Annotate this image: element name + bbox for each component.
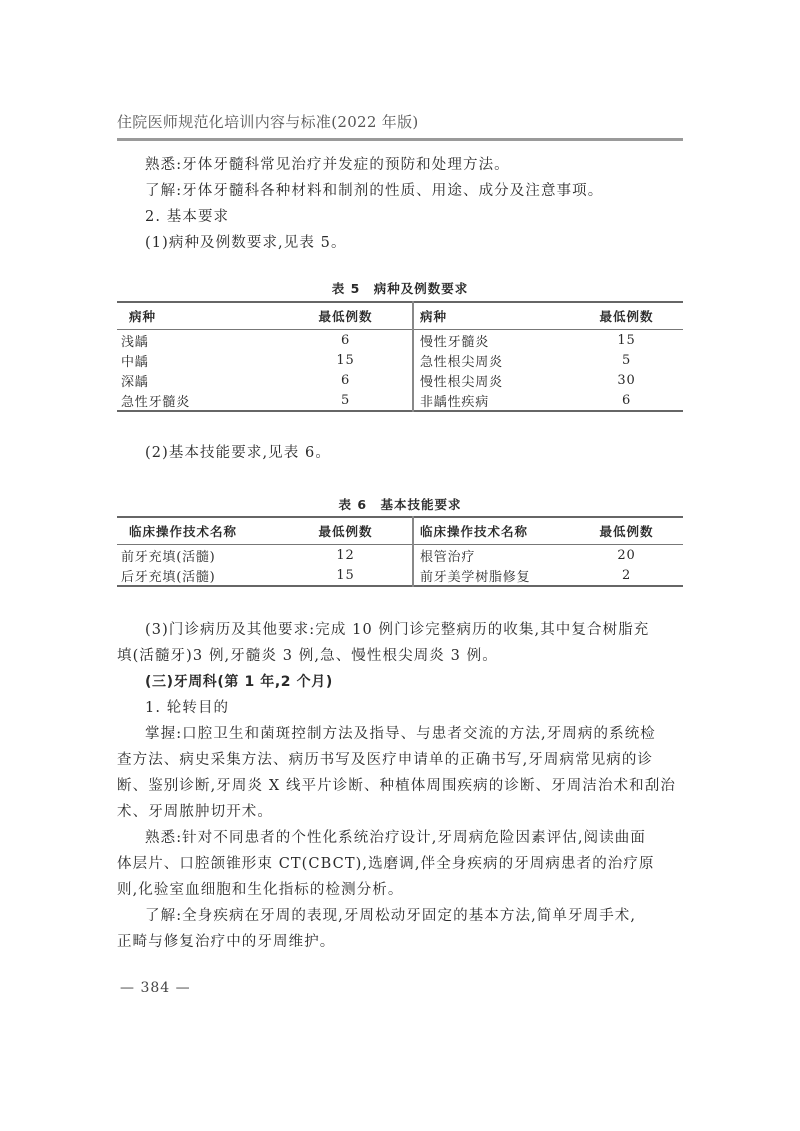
- page-number: — 384 —: [120, 980, 191, 996]
- table-cell: 20: [570, 545, 683, 566]
- table5-caption: 表 5 病种及例数要求: [117, 279, 683, 297]
- paragraph-understand-line2: 正畸与修复治疗中的牙周维护。: [117, 932, 335, 952]
- paragraph-familiar-line3: 则,化验室血细胞和生化指标的检测分析。: [117, 880, 404, 900]
- table-cell: 5: [279, 390, 413, 411]
- table-cell: 急性根尖周炎: [413, 350, 570, 370]
- table6-header: 最低例数: [279, 517, 413, 545]
- table5-header: 最低例数: [279, 302, 413, 330]
- table-cell: 6: [570, 390, 683, 411]
- table6-header: 最低例数: [570, 517, 683, 545]
- table6-caption: 表 6 基本技能要求: [117, 495, 683, 513]
- heading-basic-requirements: 2. 基本要求: [145, 207, 229, 227]
- paragraph-req3-line1: (3)门诊病历及其他要求:完成 10 例门诊完整病历的收集,其中复合树脂充: [145, 620, 649, 640]
- paragraph-familiar-line1: 熟悉:针对不同患者的个性化系统治疗设计,牙周病危险因素评估,阅读曲面: [145, 828, 646, 848]
- table-row: 深龋 6 慢性根尖周炎 30: [117, 370, 683, 390]
- paragraph-master-line3: 断、鉴别诊断,牙周炎 X 线平片诊断、种植体周围疾病的诊断、牙周洁治术和刮治: [117, 776, 676, 796]
- table-row: 中龋 15 急性根尖周炎 5: [117, 350, 683, 370]
- table-row: 浅龋 6 慢性牙髓炎 15: [117, 330, 683, 351]
- section-heading-periodontics: (三)牙周科(第 1 年,2 个月): [145, 672, 333, 692]
- table-cell: 急性牙髓炎: [117, 390, 279, 411]
- heading-rotation-goal: 1. 轮转目的: [145, 698, 229, 718]
- table-row: 急性牙髓炎 5 非龋性疾病 6: [117, 390, 683, 411]
- paragraph-understand-line1: 了解:全身疾病在牙周的表现,牙周松动牙固定的基本方法,简单牙周手术,: [145, 906, 636, 926]
- table-cell: 2: [570, 565, 683, 586]
- paragraph-master-line4: 术、牙周脓肿切开术。: [117, 802, 273, 822]
- paragraph-req2: (2)基本技能要求,见表 6。: [145, 443, 331, 463]
- table-cell: 15: [570, 330, 683, 351]
- table5: 病种 最低例数 病种 最低例数 浅龋 6 慢性牙髓炎 15 中龋 15 急性根尖…: [117, 301, 683, 412]
- paragraph-master-line2: 查方法、病史采集方法、病历书写及医疗申请单的正确书写,牙周病常见病的诊: [117, 750, 653, 770]
- table-cell: 15: [279, 565, 413, 586]
- table6-header: 临床操作技术名称: [413, 517, 570, 545]
- table-cell: 前牙充填(活髓): [117, 545, 279, 566]
- table-row: 前牙充填(活髓) 12 根管治疗 20: [117, 545, 683, 566]
- table6-header: 临床操作技术名称: [117, 517, 279, 545]
- table-cell: 慢性牙髓炎: [413, 330, 570, 351]
- paragraph-familiar-endo: 熟悉:牙体牙髓科常见治疗并发症的预防和处理方法。: [145, 155, 510, 175]
- table-cell: 6: [279, 370, 413, 390]
- running-head: 住院医师规范化培训内容与标准(2022 年版): [117, 111, 419, 132]
- table-cell: 浅龋: [117, 330, 279, 351]
- table-cell: 慢性根尖周炎: [413, 370, 570, 390]
- paragraph-familiar-line2: 体层片、口腔颌锥形束 CT(CBCT),选磨调,伴全身疾病的牙周病患者的治疗原: [117, 854, 655, 874]
- paragraph-req3-line2: 填(活髓牙)3 例,牙髓炎 3 例,急、慢性根尖周炎 3 例。: [117, 646, 498, 666]
- paragraph-understand-endo: 了解:牙体牙髓科各种材料和制剂的性质、用途、成分及注意事项。: [145, 181, 603, 201]
- table-cell: 5: [570, 350, 683, 370]
- table-cell: 6: [279, 330, 413, 351]
- table6: 临床操作技术名称 最低例数 临床操作技术名称 最低例数 前牙充填(活髓) 12 …: [117, 516, 683, 587]
- table-cell: 30: [570, 370, 683, 390]
- paragraph-req1: (1)病种及例数要求,见表 5。: [145, 233, 347, 253]
- table-row: 后牙充填(活髓) 15 前牙美学树脂修复 2: [117, 565, 683, 586]
- table-cell: 后牙充填(活髓): [117, 565, 279, 586]
- header-rule: [117, 138, 683, 141]
- table-cell: 根管治疗: [413, 545, 570, 566]
- paragraph-master-line1: 掌握:口腔卫生和菌斑控制方法及指导、与患者交流的方法,牙周病的系统检: [145, 724, 656, 744]
- table-cell: 非龋性疾病: [413, 390, 570, 411]
- table-cell: 深龋: [117, 370, 279, 390]
- table5-header: 病种: [413, 302, 570, 330]
- table-cell: 12: [279, 545, 413, 566]
- table5-header: 病种: [117, 302, 279, 330]
- table-cell: 前牙美学树脂修复: [413, 565, 570, 586]
- table-cell: 15: [279, 350, 413, 370]
- table-cell: 中龋: [117, 350, 279, 370]
- table5-header: 最低例数: [570, 302, 683, 330]
